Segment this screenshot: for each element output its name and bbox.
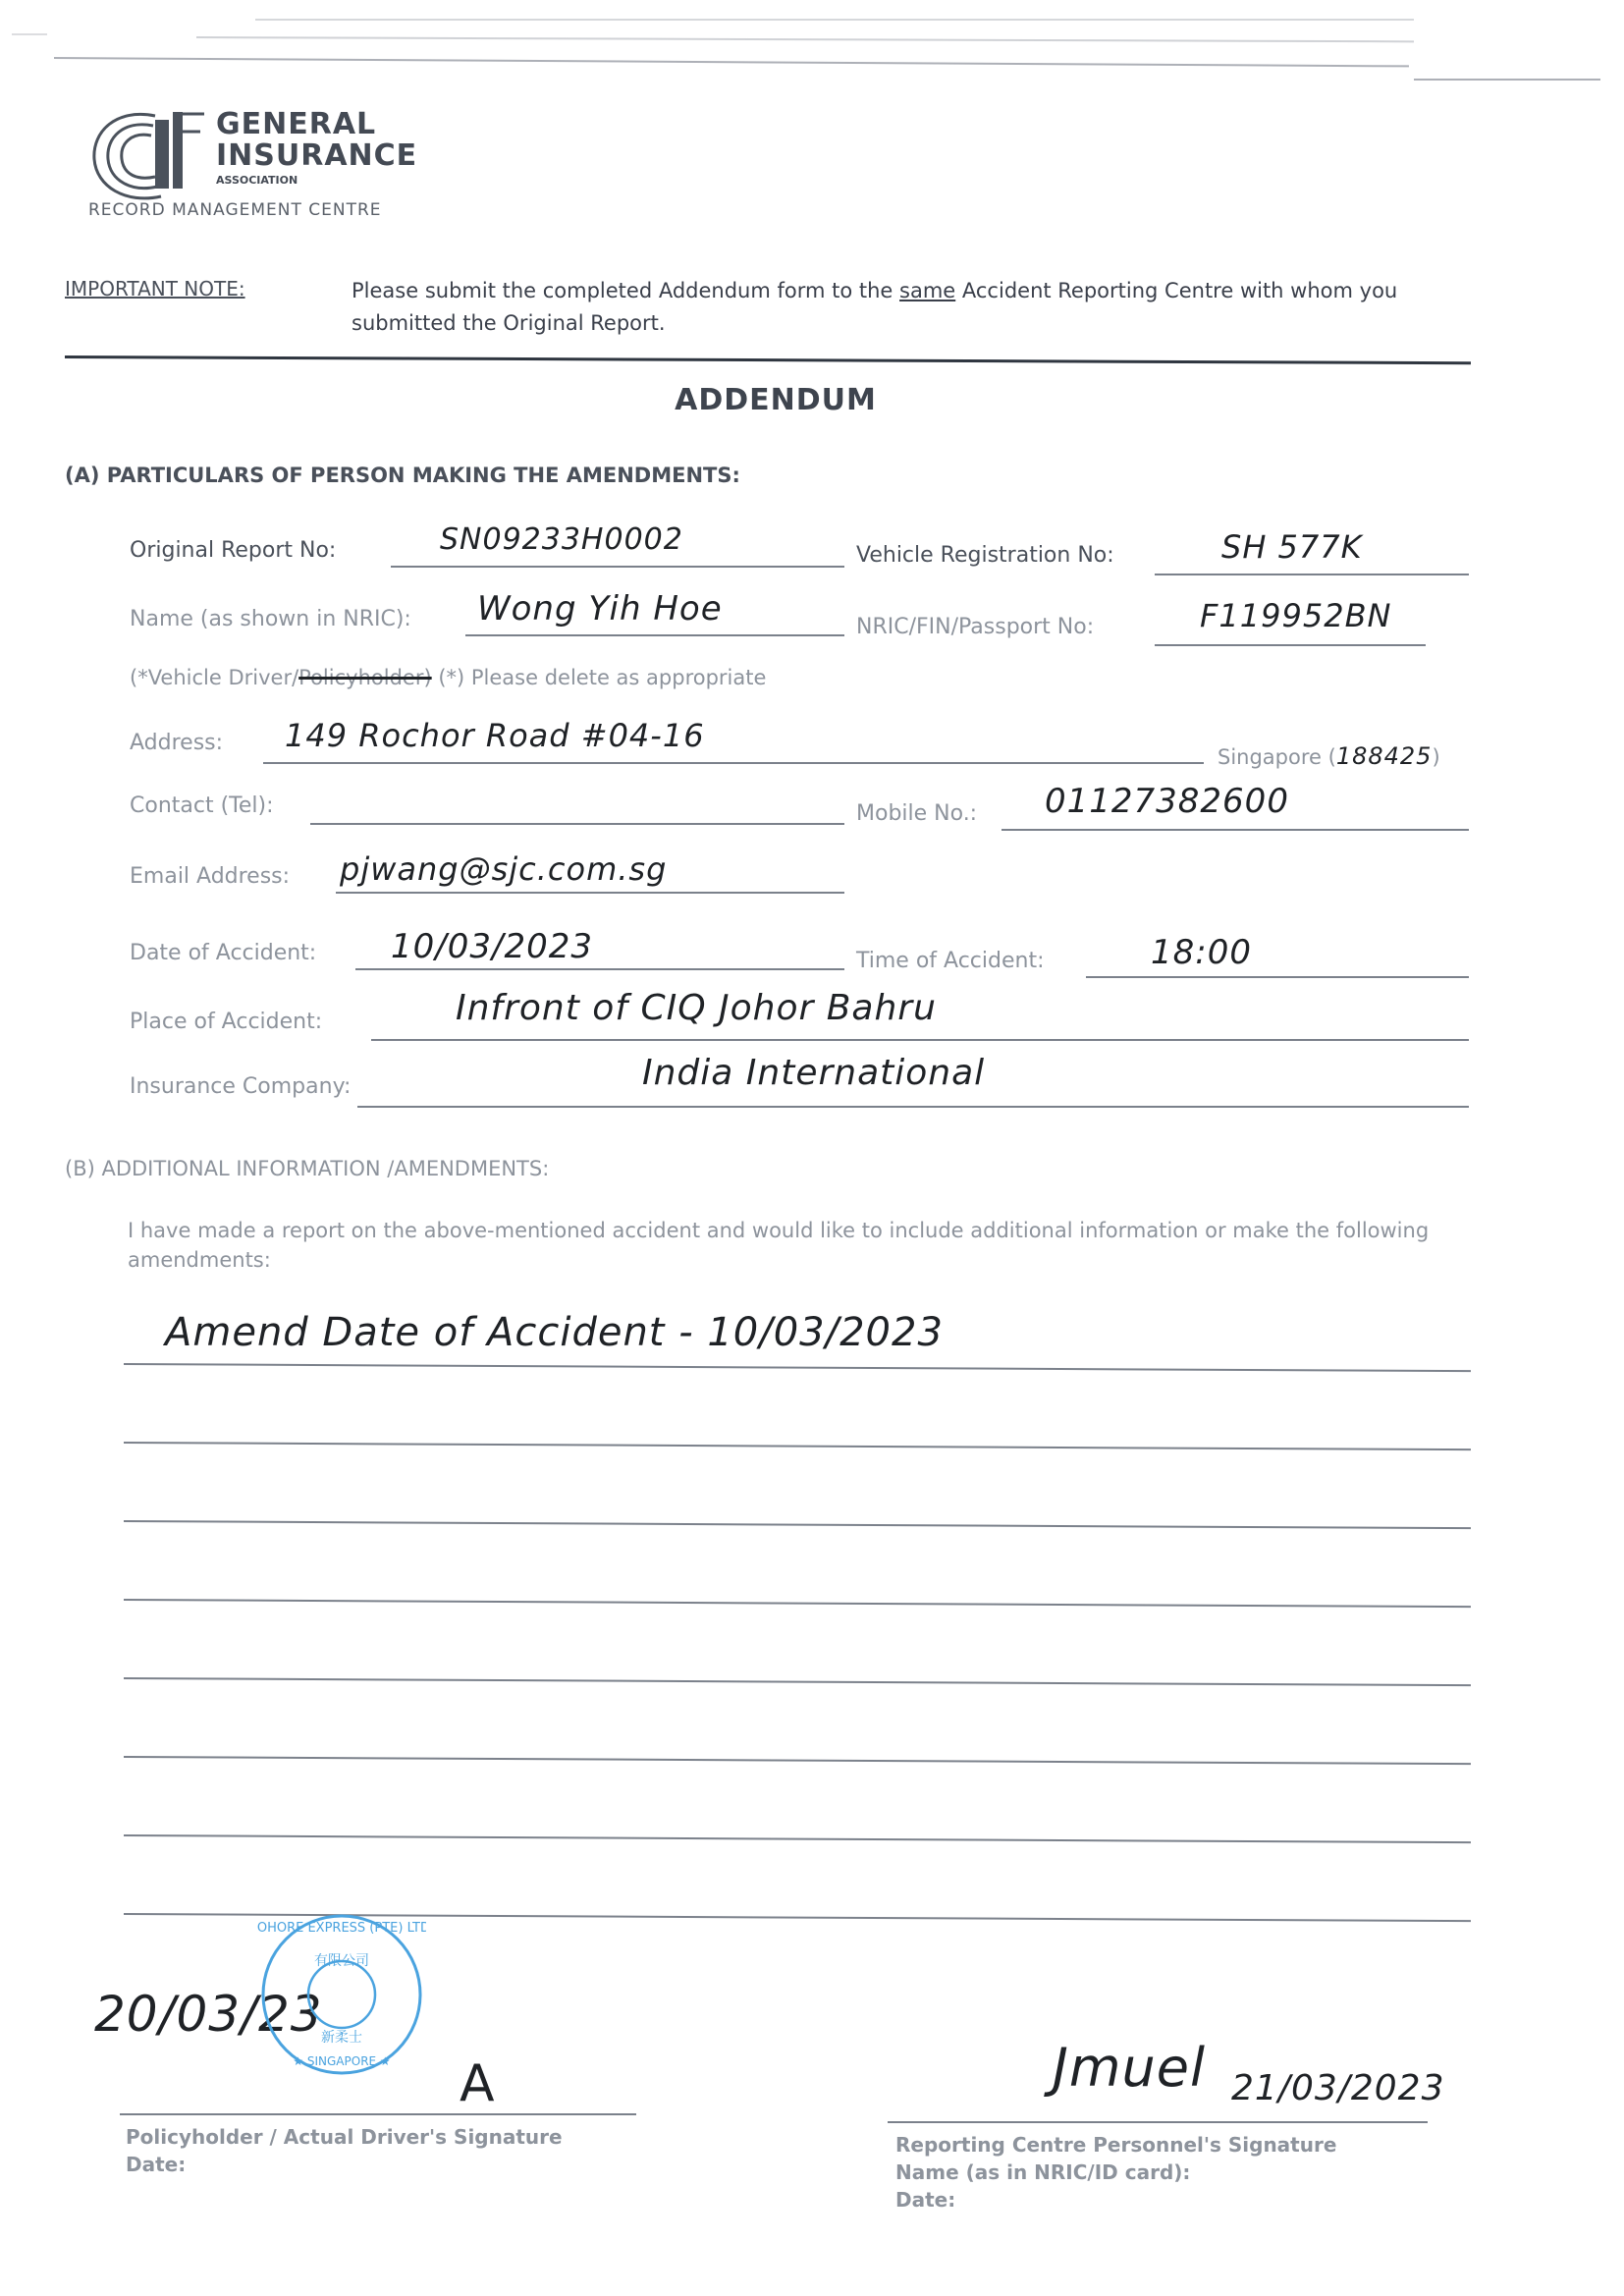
important-note-text: Please submit the completed Addendum for…	[352, 275, 1471, 340]
policyholder-signature-line	[120, 2113, 636, 2115]
address-line	[263, 762, 1204, 764]
insurance-company-line	[357, 1106, 1469, 1108]
policyholder-caption: Policyholder / Actual Driver's Signature…	[126, 2123, 563, 2178]
contact-tel-line	[310, 823, 844, 825]
name-line	[465, 634, 844, 636]
amendment-line	[124, 1756, 1471, 1765]
note-emphasis: same	[899, 279, 955, 302]
policyholder-caption-title: Policyholder / Actual Driver's Signature	[126, 2123, 563, 2151]
reporting-centre-caption-title: Reporting Centre Personnel's Signature	[895, 2131, 1336, 2159]
email-label: Email Address:	[130, 864, 290, 889]
singapore-label: Singapore (	[1218, 745, 1336, 769]
address-postal: Singapore (188425)	[1218, 742, 1440, 770]
policyholder-signature[interactable]: A	[460, 2054, 496, 2113]
section-a-heading: (A) PARTICULARS OF PERSON MAKING THE AME…	[65, 464, 740, 487]
logo-subtitle: RECORD MANAGEMENT CENTRE	[88, 200, 382, 220]
svg-text:★ SINGAPORE ★: ★ SINGAPORE ★	[293, 2054, 390, 2068]
role-note-instruction: (*) Please delete as appropriate	[432, 666, 767, 689]
header-divider	[65, 355, 1471, 364]
company-stamp-icon: JOHORE EXPRESS (PTE) LTD ★ SINGAPORE ★ 有…	[257, 1910, 426, 2079]
gia-logo-mark-icon	[86, 102, 212, 210]
form-title: ADDENDUM	[0, 383, 1551, 417]
amendment-line	[124, 1834, 1471, 1843]
section-b-intro: I have made a report on the above-mentio…	[128, 1216, 1483, 1275]
mobile-no-field[interactable]: 01127382600	[1045, 782, 1289, 821]
reporting-centre-date-handwritten[interactable]: 21/03/2023	[1231, 2068, 1445, 2108]
scan-artifact	[196, 36, 1414, 42]
svg-text:有限公司: 有限公司	[314, 1953, 369, 1969]
time-of-accident-line	[1086, 976, 1469, 978]
address-label: Address:	[130, 731, 223, 755]
logo-line1: GENERAL	[216, 110, 417, 139]
original-report-no-line	[391, 566, 844, 568]
scan-artifact	[1414, 79, 1600, 81]
vehicle-registration-field[interactable]: SH 577K	[1221, 528, 1363, 566]
note-text-part: Please submit the completed Addendum for…	[352, 279, 899, 302]
role-note: (*Vehicle Driver/Policyholder) (*) Pleas…	[130, 666, 766, 689]
vehicle-registration-line	[1155, 574, 1469, 575]
email-line	[336, 892, 844, 894]
reporting-centre-caption: Reporting Centre Personnel's Signature N…	[895, 2131, 1336, 2214]
svg-text:JOHORE EXPRESS (PTE) LTD: JOHORE EXPRESS (PTE) LTD	[257, 1921, 426, 1936]
postal-close: )	[1432, 745, 1439, 769]
insurance-company-label: Insurance Company:	[130, 1074, 351, 1099]
amendment-text-field[interactable]: Amend Date of Accident - 10/03/2023	[165, 1310, 944, 1355]
date-of-accident-line	[355, 968, 844, 970]
place-of-accident-label: Place of Accident:	[130, 1010, 322, 1034]
amendment-line	[124, 1677, 1471, 1686]
vehicle-registration-label: Vehicle Registration No:	[856, 543, 1114, 568]
mobile-no-line	[1001, 829, 1469, 831]
date-of-accident-label: Date of Accident:	[130, 941, 316, 965]
logo-line2: INSURANCE	[216, 141, 417, 171]
original-report-no-label: Original Report No:	[130, 538, 336, 563]
reporting-centre-caption-date: Date:	[895, 2186, 1336, 2214]
svg-text:新柔士: 新柔士	[321, 2030, 362, 2046]
amendment-line	[124, 1599, 1471, 1608]
address-field[interactable]: 149 Rochor Road #04-16	[285, 717, 705, 754]
reporting-centre-signature-line	[888, 2121, 1428, 2123]
place-of-accident-field[interactable]: Infront of CIQ Johor Bahru	[456, 988, 937, 1028]
reporting-centre-signature[interactable]: Jmuel	[1053, 2037, 1206, 2099]
original-report-no-field[interactable]: SN09233H0002	[440, 522, 683, 557]
amendment-line	[124, 1363, 1471, 1372]
contact-tel-label: Contact (Tel):	[130, 793, 274, 818]
date-of-accident-field[interactable]: 10/03/2023	[391, 927, 593, 966]
name-field[interactable]: Wong Yih Hoe	[477, 589, 723, 629]
name-label: Name (as shown in NRIC):	[130, 607, 411, 631]
amendment-line	[124, 1442, 1471, 1450]
nric-field[interactable]: F119952BN	[1200, 597, 1391, 634]
mobile-no-label: Mobile No.:	[856, 801, 977, 826]
postal-code-field[interactable]: 188425	[1336, 742, 1433, 770]
section-b-heading: (B) ADDITIONAL INFORMATION /AMENDMENTS:	[65, 1157, 549, 1180]
time-of-accident-field[interactable]: 18:00	[1151, 933, 1252, 972]
scan-artifact	[54, 57, 1409, 67]
insurance-company-field[interactable]: India International	[642, 1053, 985, 1093]
scan-artifact	[12, 33, 47, 35]
nric-label: NRIC/FIN/Passport No:	[856, 615, 1094, 639]
logo-line3: ASSOCIATION	[216, 175, 417, 186]
amendment-line	[124, 1520, 1471, 1529]
email-field[interactable]: pjwang@sjc.com.sg	[340, 850, 667, 888]
nric-line	[1155, 644, 1426, 646]
policyholder-caption-date: Date:	[126, 2151, 563, 2178]
scan-artifact	[255, 19, 1414, 21]
role-policyholder-struck: Policyholder)	[298, 666, 431, 689]
time-of-accident-label: Time of Accident:	[856, 949, 1044, 973]
reporting-centre-caption-name: Name (as in NRIC/ID card):	[895, 2159, 1336, 2186]
place-of-accident-line	[371, 1039, 1469, 1041]
role-vehicle-driver: (*Vehicle Driver/	[130, 666, 298, 689]
important-note-label: IMPORTANT NOTE:	[65, 277, 245, 301]
